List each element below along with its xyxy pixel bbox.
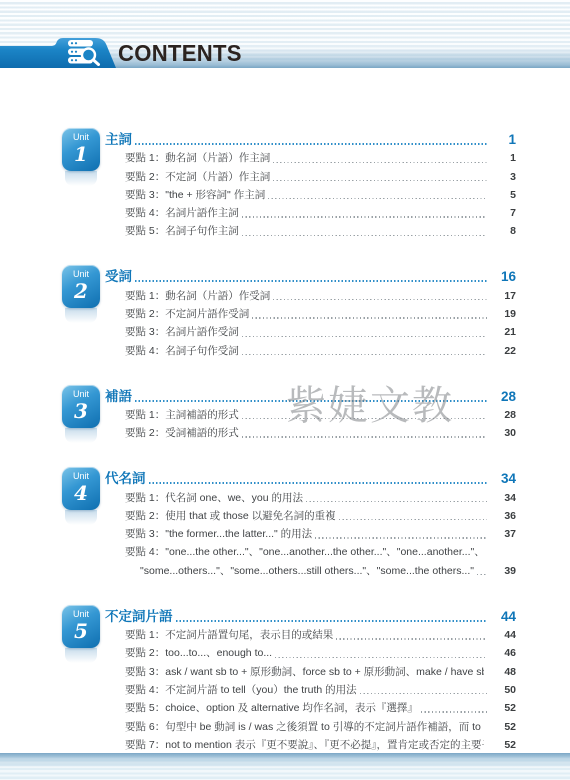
- entry-page-number: 34: [490, 491, 516, 506]
- unit-badge: Unit 1: [62, 128, 100, 171]
- entry-text: 要點 1：動名詞（片語）作主詞: [125, 151, 270, 166]
- toc-entry: 要點 2：不定詞片語作受詞 19: [105, 304, 516, 322]
- toc-entry: 要點 2：too...to...、enough to... 46: [105, 643, 516, 661]
- unit-title: 代名詞: [105, 470, 146, 487]
- dotted-leader: [135, 280, 487, 282]
- toc-entry: 要點 6：句型中 be 動詞 is / was 之後須置 to 引導的不定詞片語…: [105, 716, 516, 734]
- dotted-leader: [242, 216, 487, 217]
- entry-text: "some...others..."、"some...others...stil…: [140, 564, 474, 579]
- unit-badge-number: 3: [74, 399, 88, 423]
- entry-text: 要點 4：名詞子句作受詞: [125, 344, 239, 359]
- entry-text: 要點 4："one...the other..."、"one...another…: [125, 545, 485, 560]
- unit-title: 不定詞片語: [105, 608, 173, 625]
- toc-entry-continuation: "some...others..."、"some...others...stil…: [105, 560, 516, 578]
- toc-entry: 要點 3：名詞片語作受詞 21: [105, 322, 516, 340]
- entry-page-number: 28: [490, 408, 516, 423]
- entry-page-number: 37: [490, 527, 516, 542]
- unit-badge-number: 1: [74, 142, 88, 166]
- toc-entry: 要點 5：choice、option 及 alternative 均作名詞，表示…: [105, 698, 516, 716]
- entry-text: 要點 2：不定詞（片語）作主詞: [125, 170, 270, 185]
- entry-page-number: 44: [490, 628, 516, 643]
- toc-entry: 要點 1：動名詞（片語）作主詞 1: [105, 148, 516, 166]
- dotted-leader: [421, 711, 487, 712]
- entry-page-number: 39: [490, 564, 516, 579]
- entry-page-number: 48: [490, 665, 516, 680]
- dotted-leader: [306, 501, 487, 502]
- unit-4-section: Unit 4 代名詞 34 要點 1：代名詞 one、we、you 的用法 34…: [62, 467, 516, 578]
- dotted-leader: [242, 235, 487, 236]
- entry-text: 要點 1：主詞補語的形式: [125, 408, 239, 423]
- toc-entry: 要點 4：名詞片語作主詞 7: [105, 203, 516, 221]
- dotted-leader: [477, 574, 487, 575]
- unit-badge-number: 2: [74, 279, 88, 303]
- unit-5-rows: 不定詞片語 44 要點 1：不定詞片語置句尾，表示目的或結果 44 要點 2：t…: [105, 605, 516, 753]
- dotted-leader: [273, 162, 487, 163]
- unit-page-number: 28: [490, 388, 516, 405]
- dotted-leader: [135, 400, 487, 402]
- unit-badge: Unit 4: [62, 467, 100, 510]
- unit-title: 主詞: [105, 131, 132, 148]
- unit-badge-number: 5: [74, 619, 88, 643]
- entry-page-number: 52: [490, 701, 516, 716]
- entry-page-number: 19: [490, 307, 516, 322]
- unit-page-number: 44: [490, 608, 516, 625]
- entry-text: 要點 7：not to mention 表示『更不要說』、『更不必提』，置肯定或…: [125, 738, 484, 753]
- dotted-leader: [273, 180, 487, 181]
- toc-entry: 要點 2：使用 that 或 those 以避免名詞的重複 36: [105, 506, 516, 524]
- dotted-leader: [242, 418, 487, 419]
- entry-text: 要點 2：使用 that 或 those 以避免名詞的重複: [125, 509, 336, 524]
- toc-entry: 要點 2：受詞補語的形式 30: [105, 423, 516, 441]
- unit-title: 受詞: [105, 268, 132, 285]
- unit-1-badge-column: Unit 1: [62, 128, 105, 171]
- entry-page-number: 36: [490, 509, 516, 524]
- toc-entry: 要點 3："the + 形容詞" 作主詞 5: [105, 185, 516, 203]
- entry-text: 要點 5：名詞子句作主詞: [125, 224, 239, 239]
- unit-2-badge-column: Unit 2: [62, 265, 105, 308]
- unit-5-section: Unit 5 不定詞片語 44 要點 1：不定詞片語置句尾，表示目的或結果 44…: [62, 605, 516, 753]
- entry-text: 要點 1：不定詞片語置句尾，表示目的或結果: [125, 628, 333, 643]
- toc-entry: 要點 4："one...the other..."、"one...another…: [105, 542, 516, 560]
- header-ribbon: [0, 38, 122, 68]
- entry-text: 要點 3：名詞片語作受詞: [125, 325, 239, 340]
- unit-title-row: 補語 28: [105, 385, 516, 405]
- entry-page-number: 46: [490, 646, 516, 661]
- entry-page-number: 5: [490, 188, 516, 203]
- entry-text: 要點 5：choice、option 及 alternative 均作名詞，表示…: [125, 701, 418, 716]
- entry-text: 要點 3：ask / want sb to + 原形動詞、force sb to…: [125, 665, 484, 680]
- toc-entry: 要點 7：not to mention 表示『更不要說』、『更不必提』，置肯定或…: [105, 735, 516, 753]
- unit-badge: Unit 3: [62, 385, 100, 428]
- unit-4-rows: 代名詞 34 要點 1：代名詞 one、we、you 的用法 34 要點 2：使…: [105, 467, 516, 578]
- page-header: CONTENTS: [0, 0, 570, 68]
- unit-title-row: 代名詞 34: [105, 467, 516, 487]
- unit-badge: Unit 2: [62, 265, 100, 308]
- dotted-leader: [275, 657, 487, 658]
- entry-page-number: 52: [490, 720, 516, 735]
- entry-text: 要點 4：名詞片語作主詞: [125, 206, 239, 221]
- toc-page: CONTENTS 紫婕文教 Unit 1 主詞 1 要點 1：動名詞（片語）作主…: [0, 0, 570, 780]
- toc-entry: 要點 4：名詞子句作受詞 22: [105, 340, 516, 358]
- entry-text: 要點 1：代名詞 one、we、you 的用法: [125, 491, 303, 506]
- toc-list: Unit 1 主詞 1 要點 1：動名詞（片語）作主詞 1 要點 2：不定詞（片…: [0, 68, 570, 753]
- dotted-leader: [336, 638, 487, 639]
- toc-entry: 要點 5：名詞子句作主詞 8: [105, 221, 516, 239]
- entry-text: 要點 1：動名詞（片語）作受詞: [125, 289, 270, 304]
- entry-text: 要點 2：受詞補語的形式: [125, 426, 239, 441]
- dotted-leader: [273, 299, 487, 300]
- unit-title-row: 受詞 16: [105, 265, 516, 285]
- unit-badge-label: Unit: [73, 269, 89, 279]
- page-title: CONTENTS: [118, 41, 242, 65]
- toc-entry: 要點 3：ask / want sb to + 原形動詞、force sb to…: [105, 661, 516, 679]
- toc-entry: 要點 1：動名詞（片語）作受詞 17: [105, 285, 516, 303]
- unit-badge-label: Unit: [73, 132, 89, 142]
- entry-text: 要點 6：句型中 be 動詞 is / was 之後須置 to 引導的不定詞片語…: [125, 720, 484, 735]
- dotted-leader: [149, 482, 488, 484]
- entry-page-number: 1: [490, 151, 516, 166]
- entry-page-number: 7: [490, 206, 516, 221]
- toc-entry: 要點 1：主詞補語的形式 28: [105, 405, 516, 423]
- dotted-leader: [268, 198, 487, 199]
- entry-page-number: 21: [490, 325, 516, 340]
- unit-badge-label: Unit: [73, 389, 89, 399]
- unit-2-rows: 受詞 16 要點 1：動名詞（片語）作受詞 17 要點 2：不定詞片語作受詞 1…: [105, 265, 516, 358]
- toc-entry: 要點 3："the former...the latter..." 的用法 37: [105, 524, 516, 542]
- entry-page-number: 8: [490, 224, 516, 239]
- dotted-leader: [242, 354, 487, 355]
- unit-3-rows: 補語 28 要點 1：主詞補語的形式 28 要點 2：受詞補語的形式 30: [105, 385, 516, 442]
- toc-entry: 要點 1：代名詞 one、we、you 的用法 34: [105, 487, 516, 505]
- dotted-leader: [242, 336, 487, 337]
- entry-text: 要點 2：不定詞片語作受詞: [125, 307, 249, 322]
- entry-text: 要點 3："the former...the latter..." 的用法: [125, 527, 312, 542]
- entry-page-number: 22: [490, 344, 516, 359]
- toc-entry: 要點 2：不定詞（片語）作主詞 3: [105, 166, 516, 184]
- unit-2-section: Unit 2 受詞 16 要點 1：動名詞（片語）作受詞 17 要點 2：不定詞…: [62, 265, 516, 358]
- unit-1-section: Unit 1 主詞 1 要點 1：動名詞（片語）作主詞 1 要點 2：不定詞（片…: [62, 128, 516, 239]
- unit-title-row: 不定詞片語 44: [105, 605, 516, 625]
- unit-1-rows: 主詞 1 要點 1：動名詞（片語）作主詞 1 要點 2：不定詞（片語）作主詞 3…: [105, 128, 516, 239]
- entry-page-number: 17: [490, 289, 516, 304]
- entry-page-number: 50: [490, 683, 516, 698]
- unit-5-badge-column: Unit 5: [62, 605, 105, 648]
- entry-text: 要點 3："the + 形容詞" 作主詞: [125, 188, 265, 203]
- unit-3-section: Unit 3 補語 28 要點 1：主詞補語的形式 28 要點 2：受詞補語的形…: [62, 385, 516, 442]
- dotted-leader: [252, 317, 487, 318]
- unit-badge-number: 4: [74, 481, 88, 505]
- unit-3-badge-column: Unit 3: [62, 385, 105, 428]
- entry-page-number: 52: [490, 738, 516, 753]
- unit-title-row: 主詞 1: [105, 128, 516, 148]
- entry-page-number: 30: [490, 426, 516, 441]
- dotted-leader: [339, 519, 487, 520]
- unit-page-number: 1: [490, 131, 516, 148]
- list-search-icon: [67, 40, 101, 66]
- toc-entry: 要點 1：不定詞片語置句尾，表示目的或結果 44: [105, 625, 516, 643]
- unit-page-number: 34: [490, 470, 516, 487]
- unit-badge-label: Unit: [73, 609, 89, 619]
- entry-text: 要點 4：不定詞片語 to tell（you）the truth 的用法: [125, 683, 357, 698]
- unit-badge-label: Unit: [73, 471, 89, 481]
- dotted-leader: [242, 436, 487, 437]
- unit-badge: Unit 5: [62, 605, 100, 648]
- unit-page-number: 16: [490, 268, 516, 285]
- dotted-leader: [176, 620, 488, 622]
- dotted-leader: [135, 143, 487, 145]
- entry-page-number: 3: [490, 170, 516, 185]
- toc-entry: 要點 4：不定詞片語 to tell（you）the truth 的用法 50: [105, 680, 516, 698]
- unit-4-badge-column: Unit 4: [62, 467, 105, 510]
- entry-text: 要點 2：too...to...、enough to...: [125, 646, 272, 661]
- dotted-leader: [360, 693, 487, 694]
- dotted-leader: [315, 537, 487, 538]
- page-footer: [0, 753, 570, 780]
- unit-title: 補語: [105, 388, 132, 405]
